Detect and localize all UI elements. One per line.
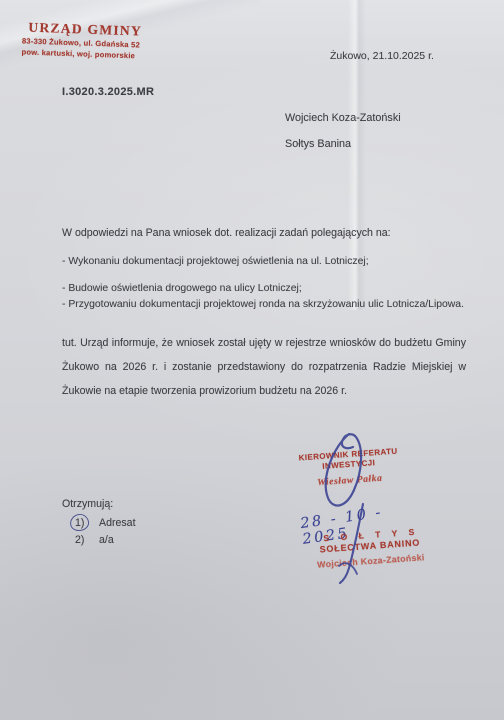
distribution-heading: Otrzymują:	[62, 498, 136, 510]
approval-stamp-name: Wiesław Pałka	[294, 472, 406, 490]
distribution-item-2-number: 2)	[75, 534, 99, 546]
letterhead-stamp: URZĄD GMINY 83-330 Żukowo, ul. Gdańska 5…	[21, 19, 172, 62]
soltys-stamp-name: Wojciech Koza-Zatoński	[311, 552, 431, 570]
distribution-list: Otrzymują: 1) Adresat 2) a/a	[62, 498, 136, 548]
task-list-item-2: - Budowie oświetlenia drogowego na ulicy…	[62, 283, 302, 294]
body-intro: W odpowiedzi na Pana wniosek dot. realiz…	[62, 227, 391, 239]
recipient-title: Sołtys Banina	[285, 138, 351, 150]
scanned-letter-page: URZĄD GMINY 83-330 Żukowo, ul. Gdańska 5…	[0, 0, 504, 720]
approval-stamp: KIEROWNIK REFERATU INWESTYCJI Wiesław Pa…	[292, 446, 406, 490]
distribution-item-2: 2) a/a	[75, 531, 136, 548]
pen-circle-mark	[69, 512, 90, 531]
soltys-stamp: S O Ł T Y S SOŁECTWA BANINO Wojciech Koz…	[309, 526, 431, 570]
date-line: Żukowo, 21.10.2025 r.	[330, 50, 434, 62]
distribution-item-1-number: 1)	[75, 517, 99, 529]
recipient-name: Wojciech Koza-Zatoński	[285, 112, 401, 124]
body-paragraph: tut. Urząd informuje, że wniosek został …	[62, 331, 466, 403]
distribution-item-2-label: a/a	[99, 534, 114, 546]
task-list-item-3: - Przygotowaniu dokumentacji projektowej…	[62, 299, 464, 310]
distribution-item-1-label: Adresat	[99, 517, 136, 529]
distribution-item-1: 1) Adresat	[75, 514, 136, 531]
task-list-item-1: - Wykonaniu dokumentacji projektowej ośw…	[62, 256, 369, 267]
reference-number: I.3020.3.2025.MR	[62, 86, 154, 98]
